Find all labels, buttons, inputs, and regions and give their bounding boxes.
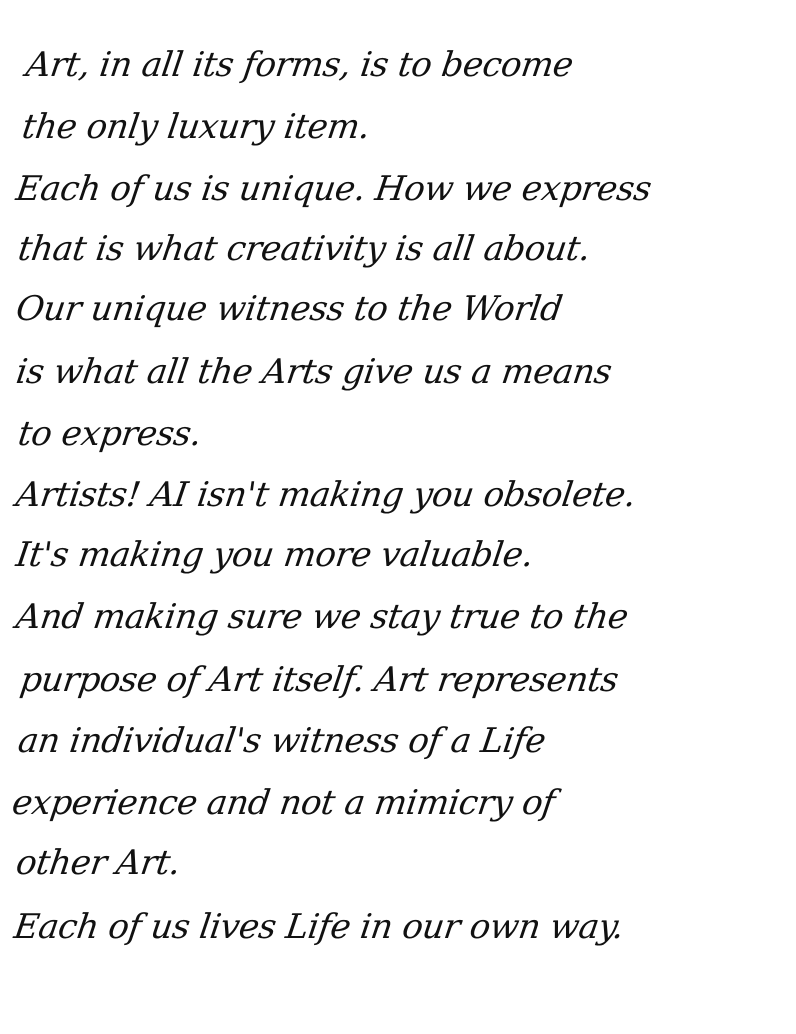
- handwritten-line: Our unique witness to the World: [14, 292, 564, 326]
- handwritten-line: an individual's witness of a Life: [16, 724, 548, 758]
- handwritten-line: Each of us is unique. How we express: [14, 172, 653, 206]
- handwritten-line: the only luxury item.: [20, 110, 372, 144]
- handwritten-line: It's making you more valuable.: [14, 538, 535, 572]
- handwritten-line: that is what creativity is all about.: [16, 232, 592, 266]
- handwritten-line: is what all the Arts give us a means: [14, 355, 614, 389]
- handwritten-line: Each of us lives Life in our own way.: [12, 910, 626, 944]
- handwritten-line: to express.: [16, 417, 203, 451]
- handwritten-line: And making sure we stay true to the: [14, 600, 630, 634]
- handwritten-line: purpose of Art itself. Art represents: [18, 663, 620, 697]
- handwritten-line: Artists! AI isn't making you obsolete.: [14, 478, 638, 512]
- handwritten-line: other Art.: [14, 846, 182, 880]
- handwritten-line: experience and not a mimicry of: [10, 786, 557, 820]
- handwritten-page: Art, in all its forms, is to become the …: [0, 0, 796, 1034]
- handwritten-line: Art, in all its forms, is to become: [24, 48, 575, 82]
